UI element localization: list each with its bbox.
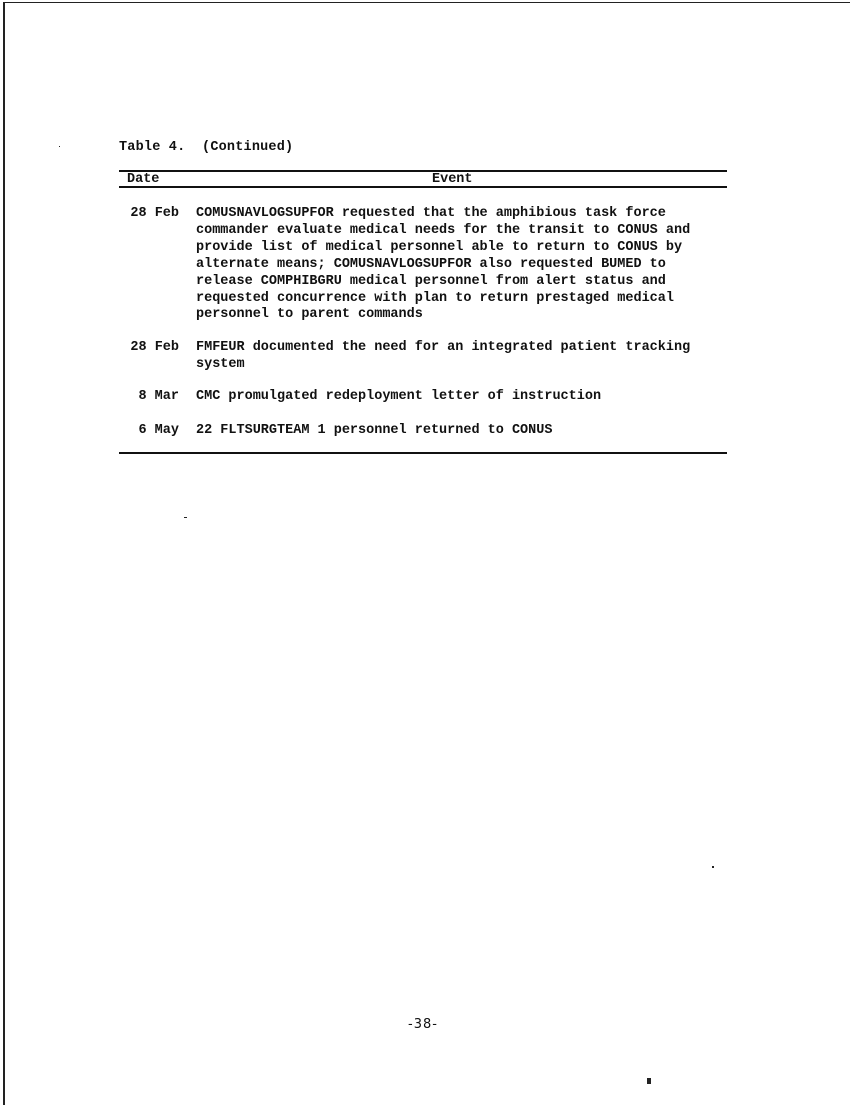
table-caption: Table 4. (Continued)	[119, 140, 293, 155]
page-border-top	[3, 2, 850, 3]
scan-speck	[712, 866, 714, 868]
page-number: -38-	[408, 1017, 438, 1032]
row-event: 22 FLTSURGTEAM 1 personnel returned to C…	[196, 423, 731, 440]
scan-speck	[647, 1078, 651, 1084]
row-date: 6 May	[119, 423, 179, 440]
column-header-date: Date	[127, 172, 159, 187]
row-date: 8 Mar	[119, 389, 179, 406]
scan-speck	[59, 146, 60, 147]
page-border-left	[3, 2, 5, 1105]
row-date: 28 Feb	[119, 206, 179, 223]
table-top-rule	[119, 170, 727, 172]
table-bottom-rule	[119, 452, 727, 454]
table-header-rule	[119, 186, 727, 188]
row-date: 28 Feb	[119, 340, 179, 357]
row-event: COMUSNAVLOGSUPFOR requested that the amp…	[196, 206, 731, 324]
scan-speck	[184, 517, 187, 518]
column-header-event: Event	[432, 172, 473, 187]
row-event: FMFEUR documented the need for an integr…	[196, 340, 731, 374]
row-event: CMC promulgated redeployment letter of i…	[196, 389, 731, 406]
